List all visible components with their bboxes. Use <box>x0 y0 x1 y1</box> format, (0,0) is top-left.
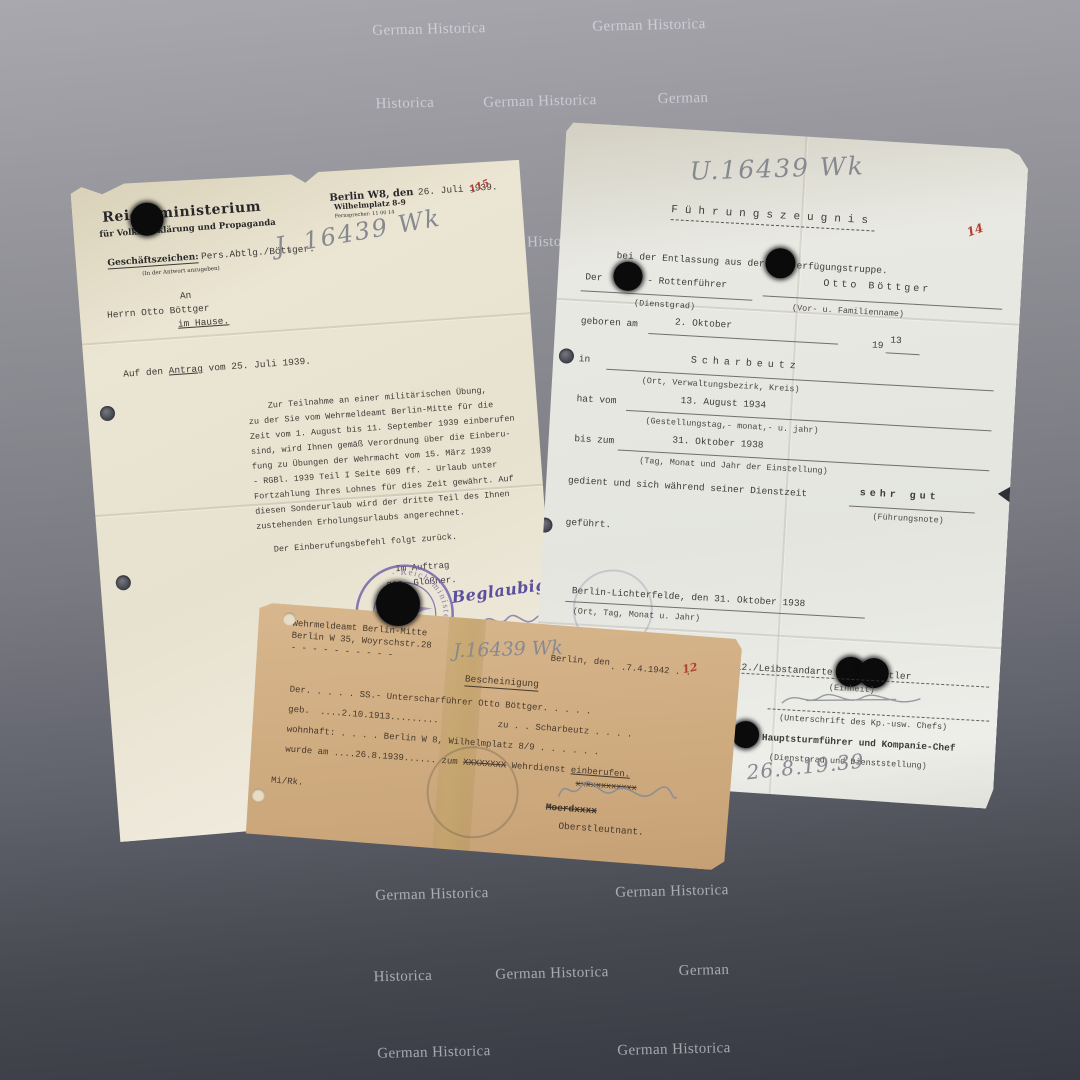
watermark: Historica <box>374 968 433 986</box>
certificate-title: Führungszeugnis <box>671 204 876 231</box>
rank-value: - Rottenführer <box>647 275 727 290</box>
unit-line: 12./Leibstandartetler <box>735 650 912 690</box>
watermark: German Historica <box>615 882 729 902</box>
born-year-suffix: 13 <box>890 335 902 347</box>
born-value: 2. Oktober <box>675 317 733 331</box>
watermark: Historica <box>376 95 435 113</box>
from-value: 13. August 1934 <box>680 395 766 411</box>
bescheinigung-card: Wehrmeldeamt Berlin-Mitte Berlin W 35, W… <box>241 602 743 871</box>
rank-label: Der <box>585 271 603 283</box>
wurde-value: ....26.8.1939...... <box>333 748 436 765</box>
punch-hole <box>115 575 131 591</box>
until-value: 31. Oktober 1938 <box>672 435 764 451</box>
geb-value: ....2.10.1913......... <box>320 707 439 726</box>
clerk-initials: Mi/Rk. <box>271 775 304 787</box>
watermark: German Historica <box>592 16 706 36</box>
geb-zu-value: zu . . Scharbeutz . . . . <box>497 720 632 740</box>
struck-signature-name: Moerdxxxx <box>545 802 597 817</box>
fill-line <box>849 506 975 514</box>
subject-line: Auf den Antrag vom 25. Juli 1939. <box>123 356 311 380</box>
punch-hole <box>99 405 115 421</box>
reference-note: (In der Antwort anzugeben) <box>142 266 220 277</box>
place-value: Scharbeutz <box>691 355 801 372</box>
red-annotation: 12 <box>681 660 699 676</box>
address-to: An <box>180 290 192 302</box>
geb-label: geb. <box>288 705 310 717</box>
letter-body: Zur Teilnahme an einer militärischen Übu… <box>247 382 521 535</box>
censor-dot <box>613 261 644 292</box>
subtitle-post: erfügungstruppe. <box>796 260 888 276</box>
pencil-file-number: U.16439 Wk <box>689 151 865 185</box>
served-grade: sehr gut <box>859 488 940 503</box>
reference-label: Geschäftszeichen: <box>107 252 199 269</box>
watermark: German <box>657 90 708 108</box>
until-label: bis zum <box>574 433 614 446</box>
punch-hole <box>559 348 575 364</box>
censor-dot <box>765 248 797 280</box>
watermark: German Historica <box>375 885 489 905</box>
from-label: hat vom <box>576 393 616 406</box>
rank-sublabel: (Dienstgrad) <box>634 298 696 311</box>
date-label: Berlin, den <box>550 654 610 668</box>
name-value: Otto Böttger <box>823 279 931 296</box>
subject-post: vom 25. Juli 1939. <box>203 356 312 375</box>
place-label: in <box>579 353 591 365</box>
address-location: im Hause. <box>178 315 230 330</box>
born-label: geboren am <box>581 315 639 329</box>
watermark: German <box>678 962 729 980</box>
served-text: gedient und sich während seiner Dienstze… <box>568 475 808 499</box>
punch-hole <box>251 788 265 802</box>
pencil-file-number: J.16439 Wk <box>453 637 563 662</box>
censor-dot <box>376 582 420 626</box>
watermark: German Historica <box>495 964 609 984</box>
watermark: German Historica <box>617 1040 731 1060</box>
red-annotation: 14 <box>965 221 985 240</box>
date-value: . .7.4.1942 . . <box>610 662 692 678</box>
photo-of-documents: German Historica German Historica Histor… <box>0 0 1080 1080</box>
watermark: German Historica <box>377 1043 491 1063</box>
name-sublabel: (Vor- u. Familienname) <box>792 303 905 319</box>
pencil-date: 26.8.19.39 <box>745 749 865 785</box>
served-tail: geführt. <box>565 517 611 531</box>
fill-line <box>648 333 838 345</box>
subject-pre: Auf den <box>123 366 169 380</box>
watermark: German Historica <box>372 20 486 40</box>
served-sublabel: (Führungsnote) <box>872 512 944 526</box>
subject-underlined: Antrag <box>168 363 203 376</box>
wurde-label: wurde am <box>285 744 329 757</box>
fold-notch <box>997 485 1012 504</box>
fill-line <box>886 352 920 355</box>
born-year-prefix: 19 <box>872 340 884 352</box>
censor-dot <box>731 720 759 748</box>
watermark: German Historica <box>483 92 597 112</box>
signer-rank: Oberstleutnant. <box>558 821 644 838</box>
